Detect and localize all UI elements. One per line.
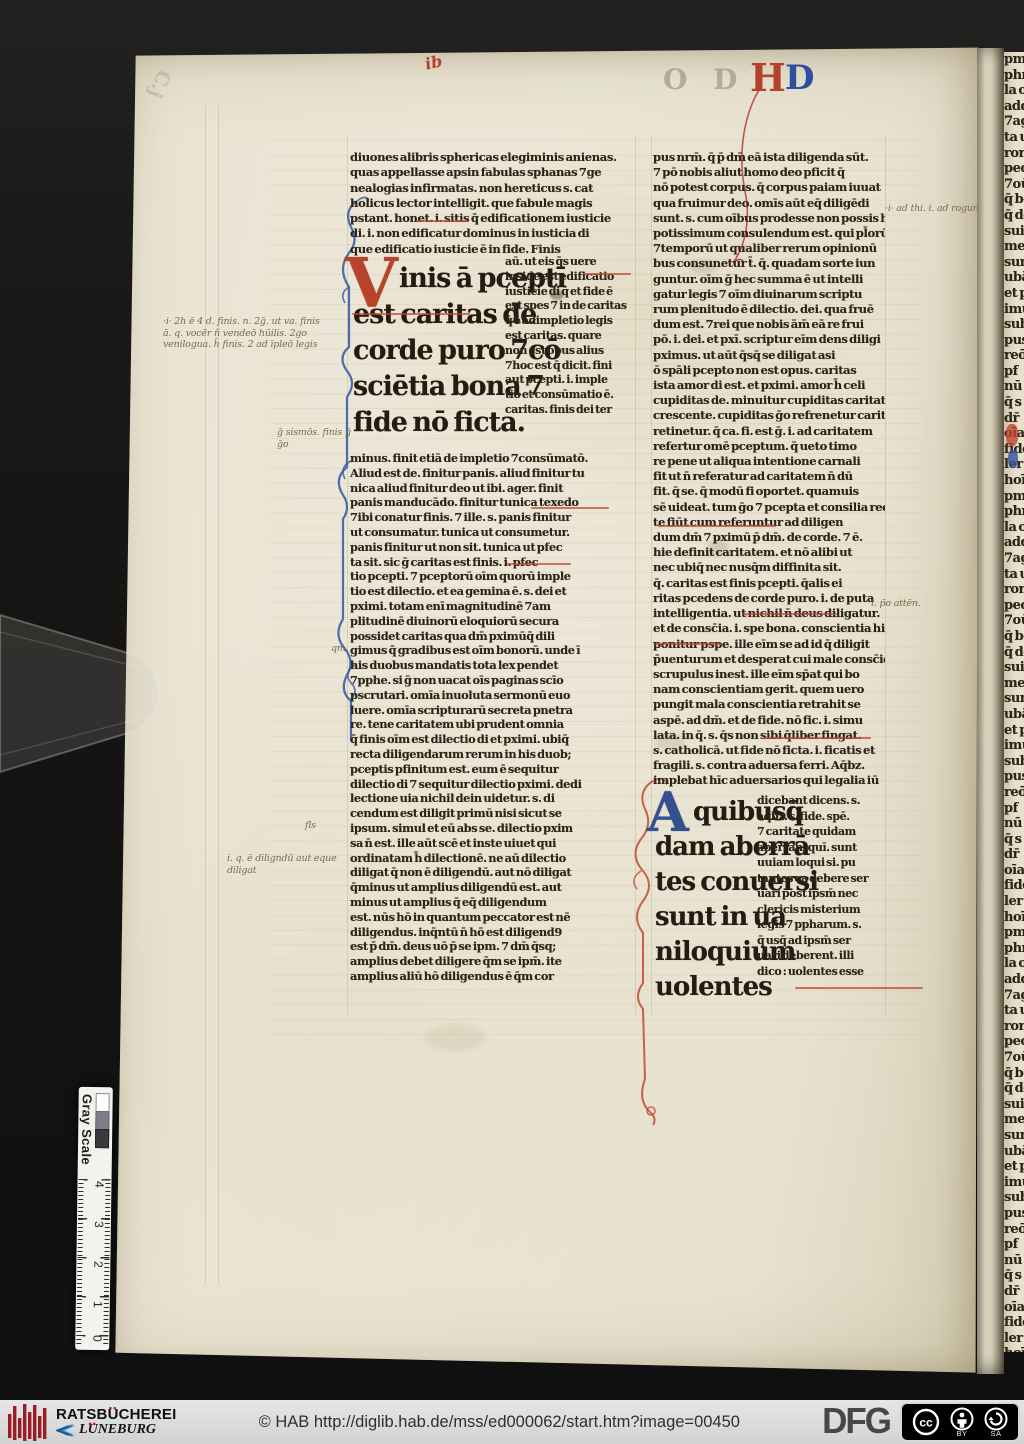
- margin-note-line: diligat: [227, 865, 337, 877]
- manuscript-text-line: nam conscientiam gerit. quem uero: [653, 682, 885, 697]
- facing-page-text-fragment: hoī: [1004, 1346, 1024, 1352]
- column-guide: [205, 105, 206, 1285]
- cc-license-badge: cc BY SA: [900, 1402, 1020, 1442]
- manuscript-text-line: pus nrm̄. q̄ p̄ dm̄ eā ista diligenda sū…: [653, 150, 885, 165]
- manuscript-text-line: holicus lector intelligit. que fabule ma…: [350, 196, 638, 211]
- ruler-major-ticks-left: [76, 1179, 87, 1346]
- manuscript-text-line: aspē. ad dm̄. et de fide. nō fic. i. sim…: [653, 713, 885, 728]
- city-umlaut: U••: [88, 1423, 98, 1437]
- facing-page-text-fragment: ta ue: [1004, 1003, 1024, 1019]
- facing-page-text-fragment: pmɔ: [1004, 489, 1024, 505]
- manuscript-text-line: ipsum. simul et eū abs se. dilectio pxim: [350, 821, 638, 836]
- facing-page-text-fragment: imu: [1004, 302, 1024, 318]
- facing-page-text-fragment: ler: [1004, 1331, 1024, 1347]
- manuscript-text-line: tio et consūmatio ē.: [505, 388, 635, 403]
- facing-page-text-fragment: dr̄: [1004, 847, 1024, 863]
- manuscript-text-line: et de consc̄ia. i. spe bona. conscientia…: [653, 621, 885, 636]
- facing-page-text-fragment: la op̄: [1004, 956, 1024, 972]
- manuscript-text-line: caritas. finis dei ter: [505, 403, 635, 418]
- manuscript-text-line: s. catholicā. ut fide nō ficta. i. ficat…: [653, 743, 885, 758]
- manuscript-text-line: tio est dilectio. et ea gemina ē. s. dei…: [350, 584, 638, 599]
- manuscript-text-line: rum plenitudo ē dilectio. dei. qua fruē: [653, 302, 885, 317]
- margin-note-line: ā. q. vocēr ñ vendeō hūilis. 2go: [163, 328, 320, 340]
- manuscript-text-line: q̄minus ut amplius diligendū est. aut: [350, 880, 638, 895]
- facing-page-text-fragment: phm̄: [1004, 504, 1024, 520]
- facing-page-text-fragment: hoī: [1004, 910, 1024, 926]
- facing-page-text-fragment: sum: [1004, 1128, 1024, 1144]
- manuscript-page: C.j ib O D H D diuones alibris sphericas…: [95, 45, 980, 1378]
- facing-page-text-fragment: phm̄: [1004, 941, 1024, 957]
- manuscript-text-line: Aliud est de. finitur panis. aliud finit…: [350, 466, 638, 481]
- city-part: L: [79, 1423, 88, 1437]
- facing-page-text-fragment: 7oū: [1004, 613, 1024, 629]
- manuscript-text-line: his duobus mandatis tota lex pendet: [350, 658, 638, 673]
- manuscript-text-line: sunt. s. cum oībus prodesse non possis h…: [653, 211, 885, 226]
- manuscript-text-line: q̄. caritas est finis pcepti. q̄alis ei: [653, 576, 885, 591]
- facing-page-text-fragment: pust: [1004, 769, 1024, 785]
- glass-clamp: [0, 580, 190, 800]
- copyright-text: © HAB http://diglib.hab.de/mss/ed000062/…: [176, 1413, 822, 1432]
- facing-page-text-fragment: rorē: [1004, 146, 1024, 162]
- facing-page-text-fragment: sum: [1004, 255, 1024, 271]
- facing-page-blue-initial: [1008, 450, 1018, 468]
- facing-page-text-fragment: me i: [1004, 239, 1024, 255]
- facing-page-text-fragment: q̄ de: [1004, 1081, 1024, 1097]
- manuscript-text-line: te fiūt cum referuntur ad diligen: [653, 515, 885, 530]
- red-underline: [655, 643, 723, 645]
- manuscript-text-line: bus consunetur t̄. q̄. quadam sorte iun: [653, 256, 885, 271]
- facing-page-red-initial: [1006, 424, 1018, 446]
- grayscale-ruler: Gray Scale 4 3 2 1 0: [75, 1087, 113, 1350]
- manuscript-text-line: potissimum consulendum est. qui pl̄orū: [653, 226, 885, 241]
- margin-note-line: i. q. ē diligndū aut eque: [227, 853, 337, 865]
- manuscript-text-line: nec ubiq̄ nec nusq̄m diffinita sit.: [653, 560, 885, 575]
- facing-page-text-fragment: q̄ de: [1004, 208, 1024, 224]
- display-text-line: corde puro 7cō: [353, 333, 528, 369]
- manuscript-text-line: gimus q̄ gradibus est oīm bonorū. unde ī: [350, 643, 638, 658]
- manuscript-text-line: cendum est diligit primū nisi sicut se: [350, 806, 638, 821]
- library-name-line1: RATSBU••CHEREI: [56, 1407, 176, 1422]
- manuscript-text-line: pximi. totam enī magnitudinē 7am: [350, 599, 638, 614]
- manuscript-text-line: est caritas. quare: [505, 329, 635, 344]
- manuscript-text-line: dum est. 7rei que nobis ām̄ eā re frui: [653, 317, 885, 332]
- ruler-number: 4: [92, 1181, 106, 1188]
- col1-body-text: minus. finit etiā de impletio 7consūmatō…: [350, 451, 638, 986]
- digitized-manuscript-scan: C.j ib O D H D diuones alibris sphericas…: [0, 0, 1024, 1444]
- manuscript-text-line: re. tene caritatem ubi prudent omnia: [350, 717, 638, 732]
- manuscript-text-line: ritas pcedens de corde puro. i. de puta: [653, 591, 885, 606]
- manuscript-text-line: aq̄bz. s. fide. spē.: [757, 809, 882, 825]
- manuscript-text-line: q̄ finis oīm est dilectio di et pximi. u…: [350, 732, 638, 747]
- manuscript-text-line: iusticie di q̄ et fide ē: [505, 285, 635, 300]
- manuscript-text-line: aberran. quī. sunt: [757, 840, 882, 856]
- facing-page-text-fragment: reō: [1004, 348, 1024, 364]
- facing-page-text-fragment: sum: [1004, 691, 1024, 707]
- facing-page-text-fragment: suis: [1004, 1097, 1024, 1113]
- facing-page-text-fragment: nū: [1004, 1253, 1024, 1269]
- manuscript-text-line: q̄ ē adimpletio legis: [505, 314, 635, 329]
- manuscript-text-line: pceptis pfinitum est. eum ē sequitur: [350, 762, 638, 777]
- running-header-letter-d: D: [785, 58, 814, 98]
- manuscript-text-line: panis finitur ut non sit. tunica ut pfec: [350, 540, 638, 555]
- manuscript-text-line: guntur. oīm ḡ hec summa ē ut intelli: [653, 272, 885, 287]
- margin-note-line: ḡo: [277, 439, 351, 451]
- manuscript-text-line: uari deberent. illi: [757, 948, 882, 964]
- manuscript-text-line: 7 pō nobis aliut homo deo pficit q̄: [653, 165, 885, 180]
- margin-note-left-2: ḡ sismōs. finis ḡḡo: [277, 427, 351, 450]
- facing-page-text-fragment: pmɔ: [1004, 925, 1024, 941]
- red-underline: [507, 563, 571, 565]
- facing-page-text-fragment: q̄ s: [1004, 1268, 1024, 1284]
- dfg-logo: DFG: [822, 1402, 890, 1443]
- manuscript-text-line: q̄ usq̄ ad ipsm̄ ser: [757, 933, 882, 949]
- manuscript-text-line: sa n̄ est. ille aūt scē et inste uiuet q…: [350, 836, 638, 851]
- red-underline: [531, 507, 609, 509]
- facing-page-text-fragment: nū: [1004, 816, 1024, 832]
- grayscale-patch-dark: [95, 1129, 109, 1148]
- manuscript-text-line: re pene ut aliqua intentione carnali: [653, 454, 885, 469]
- cc-icon: cc: [912, 1408, 940, 1436]
- svg-text:cc: cc: [919, 1416, 933, 1430]
- corner-inscription: C.j: [144, 67, 175, 101]
- facing-page-text-fragment: pust: [1004, 1206, 1024, 1222]
- col2-body-text: pus nrm̄. q̄ p̄ dm̄ eā ista diligenda sū…: [653, 150, 885, 790]
- facing-page-text-fragment: dr̄: [1004, 1284, 1024, 1300]
- manuscript-text-line: recta diligendarum rerum in his duob;: [350, 747, 638, 762]
- manuscript-text-line: tio pcepti. 7 pceptorū oīm quorū imple: [350, 569, 638, 584]
- facing-page-text-fragment: pf: [1004, 364, 1024, 380]
- manuscript-text-line: amplius aliū hō diligendus ē q̄m cor: [350, 969, 638, 984]
- manuscript-text-line: nica aliud finitur deo ut ibi. ager. fin…: [350, 481, 638, 496]
- manuscript-text-line: 7pphe. si ḡ non uacat oīs paginas scīo: [350, 673, 638, 688]
- facing-page-text-fragment: fidē: [1004, 1315, 1024, 1331]
- facing-page-text-fragment: pf: [1004, 1237, 1024, 1253]
- display-text-line: fide nō ficta.: [353, 405, 528, 441]
- manuscript-text-line: dico : uolentes esse: [757, 964, 882, 980]
- column-guide: [218, 105, 219, 1285]
- manuscript-text-line: lata. in q̄. s. q̄s non sibi q̄liber fin…: [653, 728, 885, 743]
- library-name-part: CHEREI: [119, 1407, 177, 1422]
- library-logo: RATSBU••CHEREI LU••NEBURG: [6, 1402, 176, 1442]
- manuscript-text-line: aut pcepti. i. imple: [505, 373, 635, 388]
- manuscript-text-line: plitudinē diuinorū eloquiorū secura: [350, 614, 638, 629]
- manuscript-text-line: aū. ut eis q̄s uere: [505, 255, 635, 270]
- display-text-line: inis ā pceptī: [353, 261, 528, 297]
- library-city: LU••NEBURG: [79, 1423, 156, 1437]
- facing-page-text-fragment: ta ue: [1004, 130, 1024, 146]
- manuscript-text-line: ta sit. sic ḡ caritas est finis. i. pfec: [350, 555, 638, 570]
- margin-note-line: ·i· 2h ē 4 d. finis. n. 2ḡ. ut va. finis: [163, 316, 320, 328]
- facing-page-text-fragment: rorē: [1004, 1019, 1024, 1035]
- col1-subcolumn-text: aū. ut eis q̄s uereinside est edificatio…: [505, 255, 635, 421]
- facing-page-text-fragment: et p: [1004, 1159, 1024, 1175]
- manuscript-text-line: luere. omīa scripturarū secreta pnetra: [350, 703, 638, 718]
- ruler-number: 2: [91, 1261, 105, 1268]
- manuscript-text-line: ō spāli pcepto non est opus. caritas: [653, 363, 885, 378]
- sa-label: SA: [990, 1430, 1001, 1438]
- grayscale-patch-white: [95, 1093, 109, 1112]
- facing-page-text-fragment: subd: [1004, 317, 1024, 333]
- facing-page-text-fragment: ubā: [1004, 1144, 1024, 1160]
- city-part: NEBURG: [98, 1423, 156, 1437]
- manuscript-text-line: 7ibi conatur finis. 7 ille. s. panis fin…: [350, 510, 638, 525]
- display-text-line: est caritas de: [353, 297, 528, 333]
- margin-note-right-1: ·i· ad thi. i. ad rogum̄: [885, 203, 982, 215]
- manuscript-text-line: est. nūs hō in quantum peccator est nē: [350, 910, 638, 925]
- facing-page-text-fragment: la op̄: [1004, 83, 1024, 99]
- manuscript-text-line: dilectio di 7 sequitur dilectio pximi. d…: [350, 777, 638, 792]
- facing-page-text-fragment: addr: [1004, 972, 1024, 988]
- facing-page-text-fragment: imu: [1004, 1175, 1024, 1191]
- manuscript-text-line: amplius debet diligere q̄m se ipm̄. ite: [350, 954, 638, 969]
- manuscript-text-line: pximus. ut aūt q̄sq̄ se diligat asi: [653, 348, 885, 363]
- facing-page-text-fragment: ler: [1004, 894, 1024, 910]
- manuscript-text-line: fit. q̄ se. q̄ modū fi oportet. quamuis: [653, 484, 885, 499]
- manuscript-text-line: di. i. non edificatur dominus in iustici…: [350, 226, 638, 241]
- red-underline: [795, 987, 923, 989]
- manuscript-text-line: est spes 7 in de caritas: [505, 299, 635, 314]
- margin-note-line: venilogua. h̄ finis. 2 ad īpleō legis: [163, 339, 320, 351]
- facing-page-text-fragment: ta ue: [1004, 567, 1024, 583]
- facing-page-text-fragment: suis: [1004, 660, 1024, 676]
- col2-subcolumn-text: dicebant dicens. s.aq̄bz. s. fide. spē.7…: [757, 793, 882, 983]
- sa-icon: SA: [984, 1407, 1008, 1438]
- manuscript-text-line: quas appellasse apsin fabulas sphanas 7g…: [350, 165, 638, 180]
- facing-page-text-fragment: 7oū: [1004, 1050, 1024, 1066]
- library-name: RATSBU••CHEREI LU••NEBURG: [56, 1407, 176, 1438]
- grayscale-patch-gray: [95, 1111, 109, 1130]
- facing-page-text: pmɔphm̄la op̄addr7agrta uerorēpeoti7oūq̄…: [1004, 52, 1024, 1352]
- manuscript-text-line: dum dm̄ 7 pximū p̄ dm̄. de corde. 7 ē.: [653, 530, 885, 545]
- manuscript-text-line: ordinatam h̄ dilectionē. ne aū dilectio: [350, 851, 638, 866]
- ruler-number: 3: [92, 1221, 106, 1228]
- manuscript-text-line: qua fruimur deo. omīs aūt eq̄ diligēdi: [653, 196, 885, 211]
- manuscript-text-line: refertur omē pceptum. q̄ ueto timo: [653, 439, 885, 454]
- manuscript-text-line: pungit mala conscientia retrahit se: [653, 697, 885, 712]
- manuscript-text-line: minus ut amplius q̄ eq̄ diligendum: [350, 895, 638, 910]
- red-underline: [352, 313, 470, 315]
- manuscript-text-line: p̄uenturum et desperat cui male consc̄ie: [653, 652, 885, 667]
- manuscript-text-line: gatur legis 7 oīm diuinarum scriptu: [653, 287, 885, 302]
- ruler-number: 0: [90, 1335, 104, 1342]
- display-text-line: sciētia bona 7: [353, 369, 528, 405]
- manuscript-text-line: ut consumatur. tunica ut consumetur.: [350, 525, 638, 540]
- manuscript-text-line: retinetur. q̄ ca. fi. est ḡ. i. ad carit…: [653, 424, 885, 439]
- red-underline: [583, 273, 631, 275]
- facing-page-text-fragment: q̄ bo: [1004, 1066, 1024, 1082]
- library-name-umlaut: U••: [108, 1407, 119, 1422]
- quire-mark: ib: [423, 51, 444, 73]
- col1-display-text: inis ā pceptīest caritas decorde puro 7c…: [353, 261, 528, 446]
- manuscript-text-line: ista amor di est. et pximi. amor h̄ celi: [653, 378, 885, 393]
- facing-page-text-fragment: et p: [1004, 723, 1024, 739]
- by-icon: BY: [950, 1407, 974, 1438]
- manuscript-text-line: pō. i. dei. et pxī. scriptur eīm dens di…: [653, 332, 885, 347]
- ruler-number: 1: [91, 1301, 105, 1308]
- facing-page-text-fragment: hoī: [1004, 473, 1024, 489]
- manuscript-text-line: sē uideat. tum ḡo 7 pcepta et consilia r…: [653, 500, 885, 515]
- margin-note-left-4: fls: [305, 820, 316, 832]
- facing-page-text-fragment: reō: [1004, 785, 1024, 801]
- footer-bar: RATSBU••CHEREI LU••NEBURG © HAB http://d…: [0, 1400, 1024, 1444]
- manuscript-text-line: uuiam loqui si. pu: [757, 855, 882, 871]
- margin-note-right-2: i. p̄o attēn.: [871, 598, 921, 610]
- facing-page-text-fragment: peoti: [1004, 598, 1024, 614]
- manuscript-text-line: diligendus. inq̄ntū n̄ hō est diligend9: [350, 925, 638, 940]
- library-name-part: RATSB: [56, 1407, 108, 1422]
- facing-page-text-fragment: phm̄: [1004, 68, 1024, 84]
- red-underline: [658, 525, 776, 527]
- facing-page-text-fragment: q̄ bo: [1004, 629, 1024, 645]
- organ-pipes-icon: [6, 1402, 50, 1442]
- manuscript-text-line: 7temporū ut qualiber rerum opinionū: [653, 241, 885, 256]
- manuscript-text-line: dicebant dicens. s.: [757, 793, 882, 809]
- margin-note-left-5: i. q. ē diligndū aut equediligat: [227, 853, 337, 876]
- manuscript-text-line: scrupulus inest. ille eīm sp̄at qui bo: [653, 667, 885, 682]
- manuscript-text-line: diuones alibris sphericas elegiminis ani…: [350, 150, 638, 165]
- facing-page-strip: pmɔphm̄la op̄addr7agrta uerorēpeoti7oūq̄…: [1004, 52, 1024, 1352]
- book-fan-icon: [56, 1423, 76, 1438]
- margin-note-line: ḡ sismōs. finis ḡ: [277, 427, 351, 439]
- facing-page-text-fragment: pmɔ: [1004, 52, 1024, 68]
- facing-page-text-fragment: la op̄: [1004, 520, 1024, 536]
- page-stack-edge: [977, 48, 1004, 1374]
- red-underline: [743, 613, 837, 615]
- manuscript-text-line: hie definit caritatem. et nō alibi ut: [653, 545, 885, 560]
- facing-page-text-fragment: suis: [1004, 224, 1024, 240]
- facing-page-text-fragment: ubā: [1004, 270, 1024, 286]
- facing-page-text-fragment: 7agr: [1004, 551, 1024, 567]
- facing-page-text-fragment: 7agr: [1004, 114, 1024, 130]
- manuscript-text-line: pstant. honet. i. sitis q̄ edificationem…: [350, 211, 638, 226]
- column-guide: [885, 135, 886, 1015]
- margin-note-left-3: qm̄.: [331, 643, 349, 655]
- facing-page-text-fragment: addr: [1004, 99, 1024, 115]
- manuscript-text-line: est p̄ dm̄. deus uō p̄ se ipm. 7 dm̄ q̄s…: [350, 939, 638, 954]
- manuscript-text-line: tantes ea debere ser: [757, 871, 882, 887]
- facing-page-text-fragment: peoti: [1004, 161, 1024, 177]
- manuscript-text-line: cupiditas de. minuitur cupiditas caritat…: [653, 393, 885, 408]
- manuscript-text-line: non est opus alius: [505, 344, 635, 359]
- red-umlaut-dots: ••: [88, 1420, 96, 1429]
- facing-page-text-fragment: subd: [1004, 1190, 1024, 1206]
- facing-page-text-fragment: 7agr: [1004, 988, 1024, 1004]
- by-label: BY: [956, 1430, 967, 1438]
- facing-page-text-fragment: q̄ bo: [1004, 192, 1024, 208]
- facing-page-text-fragment: peoti: [1004, 1034, 1024, 1050]
- facing-page-text-fragment: me i: [1004, 676, 1024, 692]
- facing-page-text-fragment: rorē: [1004, 582, 1024, 598]
- manuscript-text-line: fragili. s. contra aduersa ferri. Aq̄bz.: [653, 758, 885, 773]
- facing-page-text-fragment: oīa: [1004, 1300, 1024, 1316]
- facing-page-text-fragment: ubā: [1004, 707, 1024, 723]
- library-name-line2: LU••NEBURG: [56, 1423, 176, 1438]
- grayscale-label: Gray Scale: [79, 1094, 95, 1165]
- facing-page-text-fragment: q̄ s: [1004, 395, 1024, 411]
- facing-page-text-fragment: oīa: [1004, 863, 1024, 879]
- red-underline: [416, 220, 468, 222]
- manuscript-text-line: nealogias infirmatas. non hereticus s. c…: [350, 181, 638, 196]
- facing-page-text-fragment: q̄ de: [1004, 645, 1024, 661]
- manuscript-text-line: nō potest corpus. q̄ corpus paiam iuuat: [653, 180, 885, 195]
- manuscript-text-line: lectione uia nichil dein uidetur. s. di: [350, 791, 638, 806]
- manuscript-text-line: pscrutari. omīa inuoluta sermonū euo: [350, 688, 638, 703]
- facing-page-text-fragment: imu: [1004, 738, 1024, 754]
- manuscript-text-line: legis 7 ppharum. s.: [757, 917, 882, 933]
- manuscript-text-line: minus. finit etiā de impletio 7consūmatō…: [350, 451, 638, 466]
- facing-page-text-fragment: subd: [1004, 754, 1024, 770]
- facing-page-text-fragment: nū: [1004, 379, 1024, 395]
- manuscript-text-line: crescente. cupiditas ḡo refrenetur carit…: [653, 408, 885, 423]
- manuscript-text-line: clericis misterium: [757, 902, 882, 918]
- facing-page-text-fragment: q̄ s: [1004, 832, 1024, 848]
- facing-page-text-fragment: reō: [1004, 1222, 1024, 1238]
- parchment-stain: [425, 1025, 485, 1051]
- red-umlaut-dots: ••: [109, 1404, 117, 1413]
- facing-page-text-fragment: et p: [1004, 286, 1024, 302]
- facing-page-text-fragment: 7oū: [1004, 177, 1024, 193]
- manuscript-text-line: diligat q̄ non ē diligendū. aut nō dilig…: [350, 865, 638, 880]
- manuscript-text-line: uari post ipsm̄ nec: [757, 886, 882, 902]
- facing-page-text-fragment: pf: [1004, 801, 1024, 817]
- facing-page-text-fragment: pust: [1004, 333, 1024, 349]
- manuscript-text-line: possidet caritas qua dm̄ pximūq̄ dili: [350, 629, 638, 644]
- red-underline: [763, 737, 871, 739]
- margin-note-left-1: ·i· 2h ē 4 d. finis. n. 2ḡ. ut va. finis…: [163, 316, 320, 351]
- manuscript-text-line: 7 caritate quidam: [757, 824, 882, 840]
- facing-page-text-fragment: fidē: [1004, 878, 1024, 894]
- facing-page-text-fragment: addr: [1004, 535, 1024, 551]
- manuscript-text-line: fit ut n̄ referatur ad caritatem n̄ dū: [653, 469, 885, 484]
- manuscript-text-line: 7hoc est q̄ dicit. fini: [505, 359, 635, 374]
- facing-page-text-fragment: me i: [1004, 1112, 1024, 1128]
